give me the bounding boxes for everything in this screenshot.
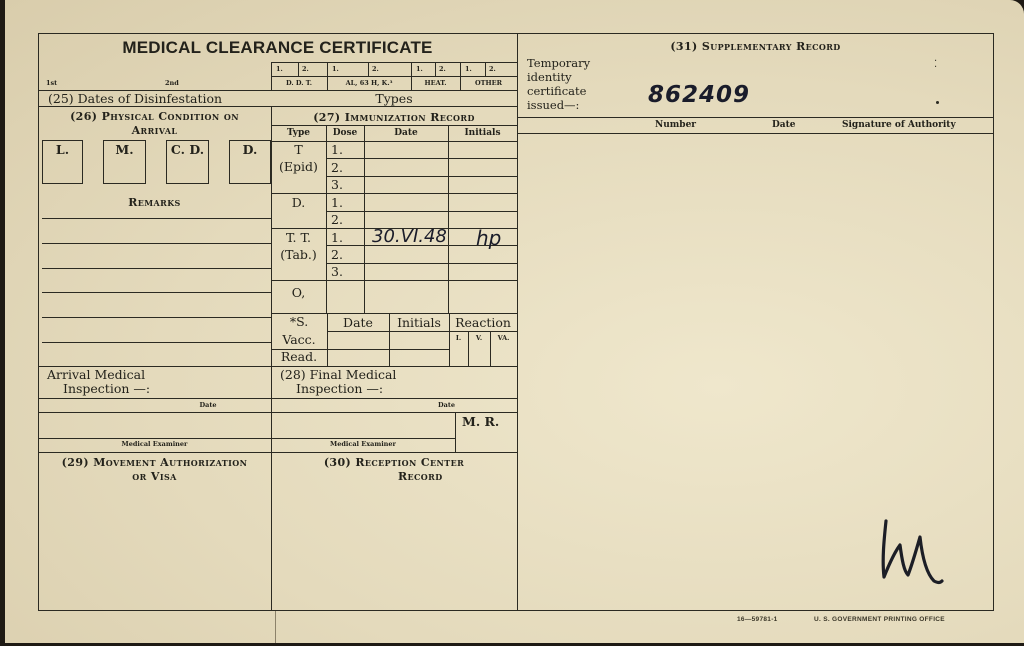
physical-condition-heading-2: Arrival [38, 125, 271, 136]
rule [368, 62, 369, 76]
rule [38, 452, 517, 453]
rule [455, 412, 456, 452]
type-tt-tab: (Tab.) [271, 249, 326, 262]
physical-condition-heading: (26) Physical Condition on [38, 111, 271, 122]
dose: 2. [331, 249, 343, 262]
temp-id-label: Temporary [527, 58, 590, 70]
col-date: Date [364, 129, 448, 138]
condition-label-d: D. [229, 144, 271, 157]
dose: 2. [331, 162, 343, 175]
rule [448, 125, 449, 313]
disinfestation-label: (25) Dates of Disinfestation [48, 93, 222, 106]
rule [326, 158, 517, 159]
temp-id-label-4: issued—: [527, 100, 579, 112]
supplementary-heading: (31) Supplementary Record [517, 41, 994, 52]
ddt-dose-2: 2. [302, 66, 309, 73]
col-number: Number [655, 121, 696, 130]
type-al: AL, 63 H, K.³ [327, 80, 411, 87]
remarks-line[interactable] [42, 243, 271, 244]
rule [271, 62, 517, 63]
remarks-line[interactable] [42, 268, 271, 269]
rule [517, 117, 994, 118]
dose: 3. [331, 266, 343, 279]
mr-label: M. R. [462, 416, 499, 429]
reception-center-heading: (30) Reception Center [271, 457, 517, 468]
temp-id-label-3: certificate [527, 86, 586, 98]
type-other: OTHER [460, 80, 517, 87]
divider-center [517, 33, 518, 611]
type-heat: HEAT. [411, 80, 460, 87]
paper-fold [275, 611, 276, 643]
rule [326, 263, 517, 264]
rule [271, 76, 517, 77]
rule [271, 193, 517, 194]
rule [485, 62, 486, 76]
remarks-label: Remarks [38, 197, 271, 208]
printer-credit: U. S. GOVERNMENT PRINTING OFFICE [814, 617, 945, 624]
rule [517, 133, 994, 134]
rule [271, 125, 517, 126]
second-label: 2nd [165, 80, 179, 87]
reception-center-heading-2: Record [398, 471, 443, 482]
vacc-col-reaction: Reaction [449, 317, 517, 330]
rule [38, 412, 517, 413]
arrival-examiner-label: Medical Examiner [38, 441, 271, 448]
remarks-line[interactable] [42, 342, 271, 343]
ddt-dose-1: 1. [276, 66, 283, 73]
rule [298, 62, 299, 76]
col-dose: Dose [326, 129, 364, 138]
remarks-line[interactable] [42, 317, 271, 318]
condition-label-l: L. [42, 144, 83, 157]
tt-dose1-date-entry[interactable]: 30.VI.48 [372, 228, 447, 246]
types-label: Types [271, 93, 517, 106]
rule [271, 141, 517, 142]
rule [435, 62, 436, 76]
certificate-number-entry[interactable]: 862409 [648, 84, 750, 107]
col-signature: Signature of Authority [842, 121, 956, 130]
final-examiner-label: Medical Examiner [271, 441, 455, 448]
dose: 2. [331, 214, 343, 227]
rule [326, 211, 517, 212]
other-dose-1: 1. [465, 66, 472, 73]
smallpox-label: *S. [271, 316, 327, 329]
handwritten-signature-mark [878, 515, 968, 590]
type-tt: T. T. [271, 232, 326, 245]
heat-dose-2: 2. [439, 66, 446, 73]
arrival-date-label: Date [38, 402, 378, 409]
dose: 3. [331, 179, 343, 192]
form-title: MEDICAL CLEARANCE CERTIFICATE [38, 39, 517, 56]
remarks-line[interactable] [42, 292, 271, 293]
temp-id-label-2: identity [527, 72, 572, 84]
reaction-v: V. [468, 335, 490, 342]
final-inspection-label: (28) Final Medical [280, 369, 396, 382]
type-d: D. [271, 197, 326, 210]
reaction-i: I. [449, 335, 468, 342]
heat-dose-1: 1. [416, 66, 423, 73]
rule [364, 125, 365, 313]
al-dose-2: 2. [372, 66, 379, 73]
type-o: O, [271, 287, 326, 300]
type-t-epid: (Epid) [271, 161, 326, 174]
condition-label-cd: C. D. [166, 144, 209, 157]
col-type: Type [271, 129, 326, 138]
remarks-line[interactable] [42, 218, 271, 219]
dose: 1. [331, 197, 343, 210]
tt-dose1-initials-entry[interactable]: hp [476, 228, 501, 248]
rule [327, 331, 517, 332]
immunization-heading: (27) Immunization Record [271, 112, 517, 123]
vacc-col-initials: Initials [389, 317, 449, 330]
other-dose-2: 2. [489, 66, 496, 73]
arrival-inspection-label: Arrival Medical [47, 369, 145, 382]
movement-authorization-heading-2: or Visa [38, 471, 271, 482]
type-ddt: D. D. T. [271, 80, 327, 87]
dose: 1. [331, 232, 343, 245]
type-t: T [271, 144, 326, 157]
first-label: 1st [46, 80, 57, 87]
rule [326, 125, 327, 313]
col-date: Date [772, 121, 796, 130]
reaction-va: VA. [490, 335, 517, 342]
col-initials: Initials [448, 129, 517, 138]
read-label: Read. [271, 351, 327, 364]
movement-authorization-heading: (29) Movement Authorization [38, 457, 271, 468]
vacc-label: Vacc. [271, 334, 327, 347]
rule [38, 106, 517, 107]
condition-label-m: M. [103, 144, 146, 157]
dot-mark [936, 101, 939, 104]
rule [38, 398, 517, 399]
dose: 1. [331, 144, 343, 157]
rule [38, 438, 455, 439]
arrival-inspection-label-2: Inspection —: [63, 383, 150, 396]
dot-mark: ⁚ [934, 60, 937, 70]
rule [326, 176, 517, 177]
al-dose-1: 1. [332, 66, 339, 73]
final-inspection-label-2: Inspection —: [296, 383, 383, 396]
final-date-label: Date [438, 402, 455, 409]
form-number: 16—59781-1 [737, 617, 778, 624]
rule [271, 280, 517, 281]
vacc-col-date: Date [327, 317, 389, 330]
